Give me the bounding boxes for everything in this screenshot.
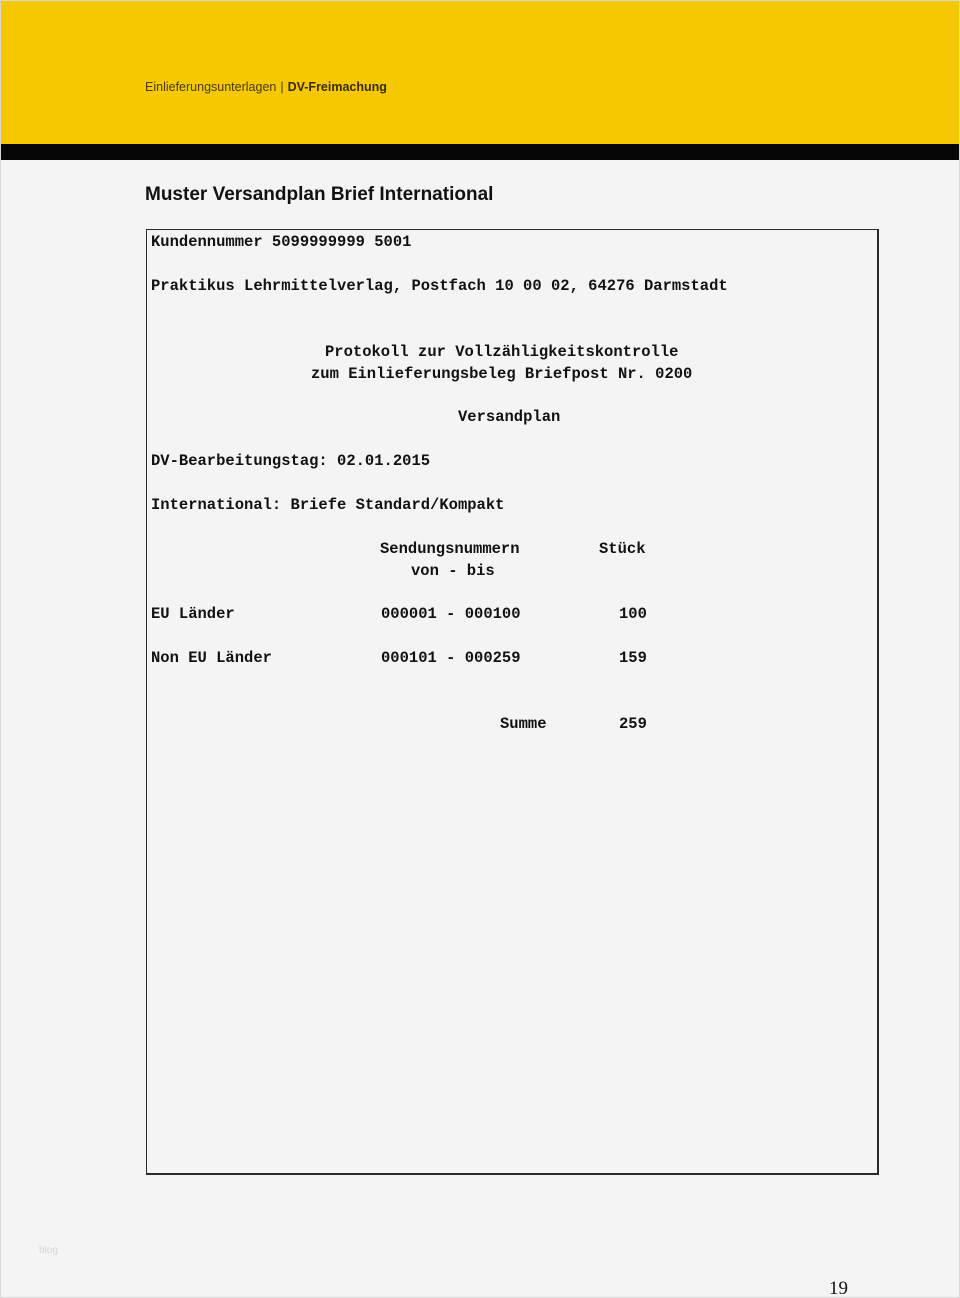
col-header-shipment-numbers: Sendungsnummern <box>380 538 520 560</box>
protocol-title-line-2: zum Einlieferungsbeleg Briefpost Nr. 020… <box>311 363 692 385</box>
row-count: 100 <box>619 603 647 625</box>
row-range: 000001 - 000100 <box>381 603 521 625</box>
sender-address: Praktikus Lehrmittelverlag, Postfach 10 … <box>151 275 728 297</box>
row-region: Non EU Länder <box>151 647 272 669</box>
plan-label: Versandplan <box>458 406 560 428</box>
page-number: 19 <box>829 1278 848 1298</box>
sum-value: 259 <box>619 713 647 735</box>
protocol-title-line-1: Protokoll zur Vollzähligkeitskontrolle <box>325 341 678 363</box>
row-region: EU Länder <box>151 603 235 625</box>
row-count: 159 <box>619 647 647 669</box>
col-header-range: von - bis <box>411 560 495 582</box>
breadcrumb-section: Einlieferungsunterlagen <box>145 80 276 94</box>
page-title: Muster Versandplan Brief International <box>145 184 493 206</box>
processing-day: DV-Bearbeitungstag: 02.01.2015 <box>151 450 430 472</box>
header-divider-bar <box>1 144 959 160</box>
breadcrumb-current: DV-Freimachung <box>288 80 387 94</box>
breadcrumb-separator: | <box>280 80 283 94</box>
breadcrumb: Einlieferungsunterlagen|DV-Freimachung <box>145 80 387 94</box>
header-band <box>1 1 959 144</box>
sum-label: Summe <box>500 713 547 735</box>
mail-category: International: Briefe Standard/Kompakt <box>151 494 504 516</box>
col-header-count: Stück <box>599 538 646 560</box>
customer-number: Kundennummer 5099999999 5001 <box>151 231 411 253</box>
row-range: 000101 - 000259 <box>381 647 521 669</box>
watermark: blog <box>39 1245 58 1256</box>
